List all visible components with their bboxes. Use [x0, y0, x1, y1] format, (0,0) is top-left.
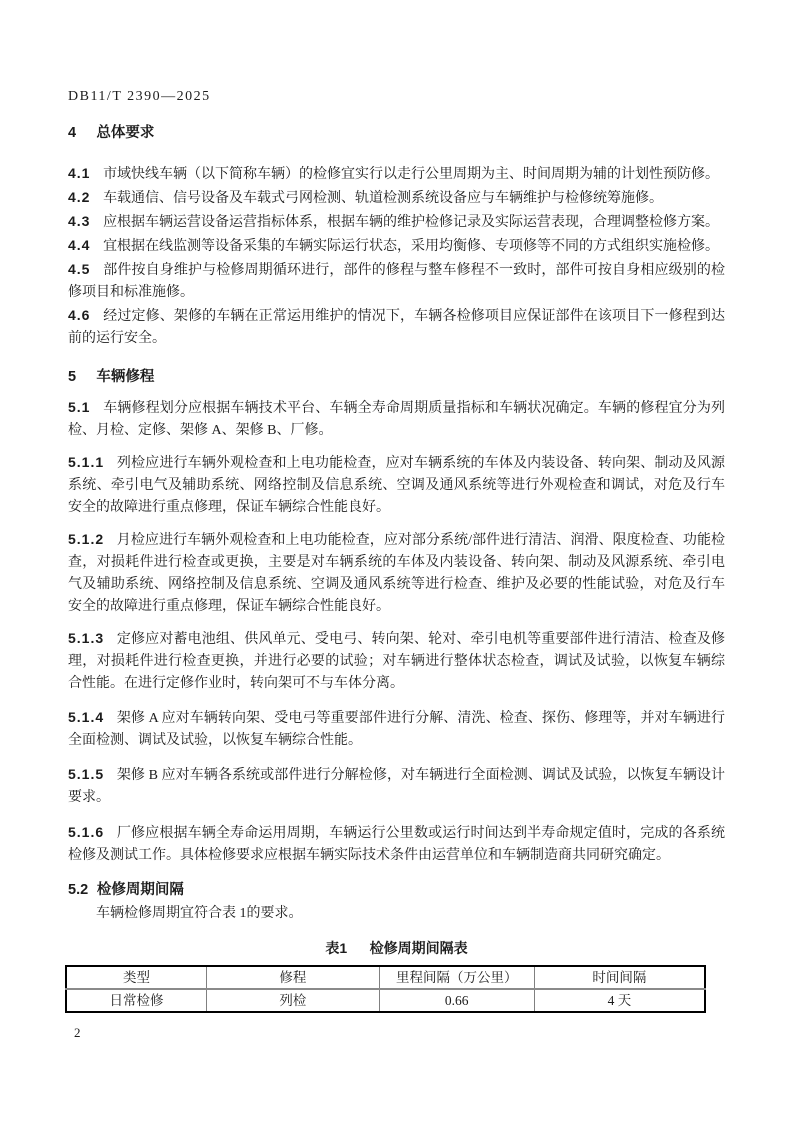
section-number: 5 [68, 369, 76, 385]
clause-number: 4.2 [68, 189, 90, 205]
clause-number: 5.1.1 [68, 454, 104, 470]
cell-time-interval: 4 天 [534, 989, 705, 1012]
clause-number: 5.1.6 [68, 824, 104, 840]
document-page: DB11/T 2390—2025 4总体要求 4.1市域快线车辆（以下简称车辆）… [0, 0, 793, 1123]
section-title: 总体要求 [96, 125, 154, 141]
table-header-row: 类型 修程 里程间隔（万公里） 时间间隔 [66, 966, 705, 989]
clause-number: 4.4 [68, 237, 90, 253]
clause-number: 4.3 [68, 213, 90, 229]
header-cell-repair-level: 修程 [207, 966, 380, 989]
clause-text: 列检应进行车辆外观检查和上电功能检查，应对车辆系统的车体及内装设备、转向架、制动… [68, 456, 725, 515]
table-caption-label: 表1 [325, 940, 347, 956]
section-5-heading: 5车辆修程 [68, 366, 725, 388]
clause-5-1-3: 5.1.3定修应对蓄电池组、供风单元、受电弓、转向架、轮对、牵引电机等重要部件进… [68, 627, 725, 695]
cell-repair-level: 列检 [207, 989, 380, 1012]
section-title: 车辆修程 [96, 369, 154, 385]
cell-type: 日常检修 [66, 989, 207, 1012]
clause-text: 架修 B 应对车辆各系统或部件进行分解检修，对车辆进行全面检测、调试及试验，以恢… [68, 768, 725, 805]
interval-table: 类型 修程 里程间隔（万公里） 时间间隔 日常检修 列检 0.66 4 天 [65, 965, 706, 1013]
table-intro-text: 车辆检修周期宜符合表 1的要求。 [68, 903, 725, 925]
clause-text: 市域快线车辆（以下简称车辆）的检修宜实行以走行公里周期为主、时间周期为辅的计划性… [103, 167, 719, 182]
clause-text: 定修应对蓄电池组、供风单元、受电弓、转向架、轮对、牵引电机等重要部件进行清洁、检… [68, 632, 725, 691]
clause-5-1-6: 5.1.6厂修应根据车辆全寿命运用周期，车辆运行公里数或运行时间达到半寿命规定值… [68, 821, 725, 867]
clause-text: 车载通信、信号设备及车载式弓网检测、轨道检测系统设备应与车辆维护与检修统筹施修。 [103, 191, 663, 206]
clause-text: 应根据车辆运营设备运营指标体系，根据车辆的维护检修记录及实际运营表现，合理调整检… [103, 215, 719, 230]
table-caption-title: 检修周期间隔表 [370, 940, 468, 956]
clause-4-2: 4.2车载通信、信号设备及车载式弓网检测、轨道检测系统设备应与车辆维护与检修统筹… [68, 186, 725, 210]
clause-4-1: 4.1市域快线车辆（以下简称车辆）的检修宜实行以走行公里周期为主、时间周期为辅的… [68, 162, 725, 186]
clause-5-1-4: 5.1.4架修 A 应对车辆转向架、受电弓等重要部件进行分解、清洗、检查、探伤、… [68, 706, 725, 752]
clause-text: 月检应进行车辆外观检查和上电功能检查，应对部分系统/部件进行清洁、润滑、限度检查… [68, 533, 725, 614]
header-cell-mileage-interval: 里程间隔（万公里） [379, 966, 534, 989]
clause-4-3: 4.3应根据车辆运营设备运营指标体系，根据车辆的维护检修记录及实际运营表现，合理… [68, 210, 725, 234]
clause-text: 经过定修、架修的车辆在正常运用维护的情况下，车辆各检修项目应保证部件在该项目下一… [68, 309, 725, 346]
clause-text: 厂修应根据车辆全寿命运用周期，车辆运行公里数或运行时间达到半寿命规定值时，完成的… [68, 826, 725, 863]
clause-5-1-5: 5.1.5架修 B 应对车辆各系统或部件进行分解检修，对车辆进行全面检测、调试及… [68, 763, 725, 809]
standard-code-header: DB11/T 2390—2025 [68, 86, 725, 108]
clause-text: 部件按自身维护与检修周期循环进行，部件的修程与整车修程不一致时，部件可按自身相应… [68, 263, 725, 300]
table-caption: 表1检修周期间隔表 [68, 937, 725, 959]
section-number: 5.2 [68, 882, 88, 898]
page-number: 2 [74, 1022, 725, 1044]
header-cell-time-interval: 时间间隔 [534, 966, 705, 989]
table-row: 日常检修 列检 0.66 4 天 [66, 989, 705, 1012]
clause-5-1: 5.1车辆修程划分应根据车辆技术平台、车辆全寿命周期质量指标和车辆状况确定。车辆… [68, 396, 725, 442]
clause-text: 宜根据在线监测等设备采集的车辆实际运行状态，采用均衡修、专项修等不同的方式组织实… [103, 239, 719, 254]
section-5-2-heading: 5.2检修周期间隔 [68, 879, 725, 901]
section-4-heading: 4总体要求 [68, 122, 725, 144]
clause-number: 5.1 [68, 399, 90, 415]
clause-number: 4.5 [68, 261, 90, 277]
clause-4-4: 4.4宜根据在线监测等设备采集的车辆实际运行状态，采用均衡修、专项修等不同的方式… [68, 234, 725, 258]
clause-5-1-1: 5.1.1列检应进行车辆外观检查和上电功能检查，应对车辆系统的车体及内装设备、转… [68, 451, 725, 519]
section-number: 4 [68, 125, 76, 141]
clause-text: 车辆修程划分应根据车辆技术平台、车辆全寿命周期质量指标和车辆状况确定。车辆的修程… [68, 401, 725, 438]
section-title: 检修周期间隔 [97, 882, 184, 898]
clause-number: 5.1.3 [68, 630, 104, 646]
clause-number: 5.1.5 [68, 766, 104, 782]
clause-number: 4.1 [68, 165, 90, 181]
clause-5-1-2: 5.1.2月检应进行车辆外观检查和上电功能检查，应对部分系统/部件进行清洁、润滑… [68, 528, 725, 618]
clause-4-5: 4.5部件按自身维护与检修周期循环进行，部件的修程与整车修程不一致时，部件可按自… [68, 258, 725, 304]
clause-number: 5.1.2 [68, 531, 104, 547]
header-cell-type: 类型 [66, 966, 207, 989]
clause-4-6: 4.6经过定修、架修的车辆在正常运用维护的情况下，车辆各检修项目应保证部件在该项… [68, 304, 725, 350]
clause-text: 架修 A 应对车辆转向架、受电弓等重要部件进行分解、清洗、检查、探伤、修理等，并… [68, 711, 725, 748]
cell-mileage-interval: 0.66 [379, 989, 534, 1012]
clause-number: 4.6 [68, 307, 90, 323]
clause-number: 5.1.4 [68, 709, 104, 725]
